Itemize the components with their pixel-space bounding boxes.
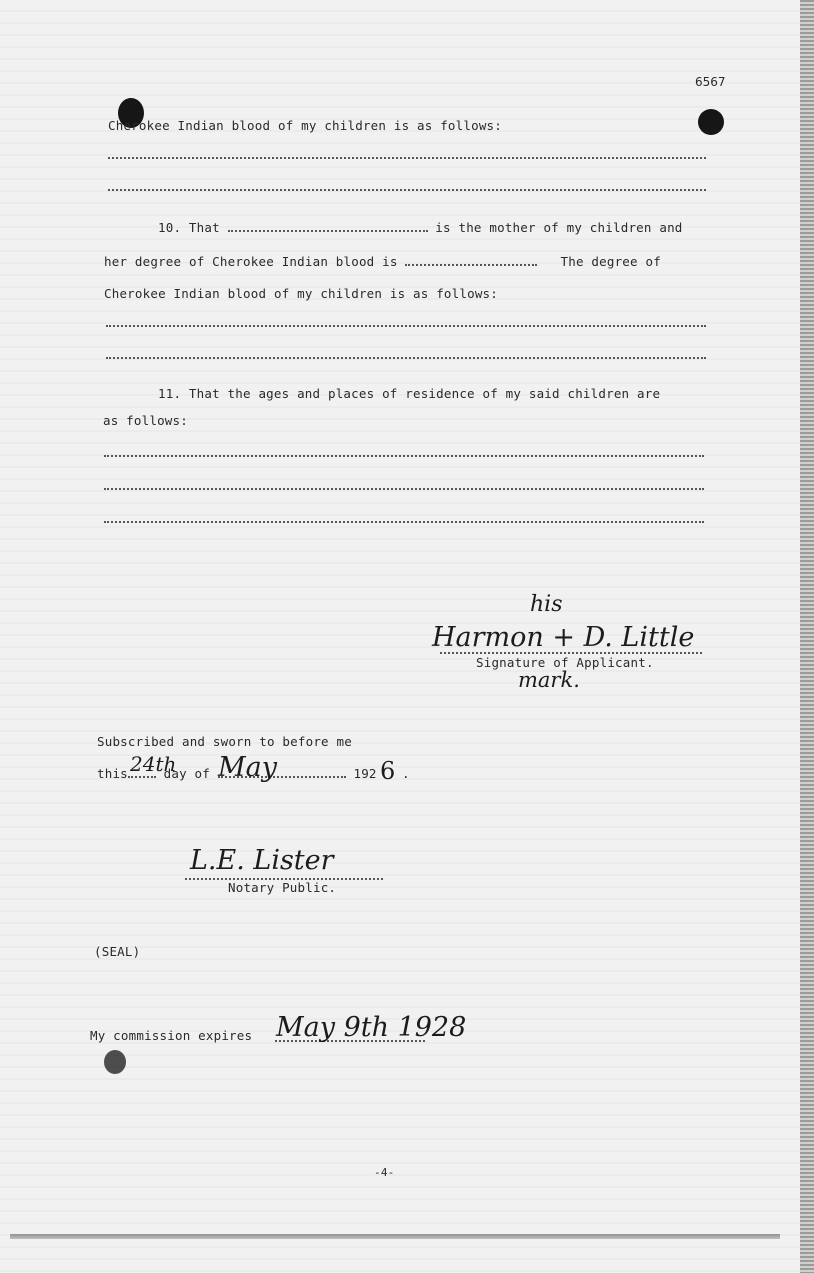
blank-line (106, 357, 706, 359)
blank-line (104, 488, 704, 490)
punch-hole-bottom-left (104, 1050, 126, 1074)
section-11-line-1: 11. That the ages and places of residenc… (158, 386, 660, 401)
scan-artifact-band (10, 1234, 780, 1239)
handwritten-month: May (218, 752, 277, 783)
page-number: -4- (374, 1166, 394, 1179)
mother-blood-degree-field (405, 254, 537, 266)
oath-line-1: Subscribed and sworn to before me (97, 734, 352, 749)
commission-expiry-date: May 9th 1928 (276, 1012, 466, 1043)
applicant-signature: Harmon + D. Little (432, 622, 694, 653)
seal-label: (SEAL) (94, 944, 140, 959)
section-9-continued-text: Cherokee Indian blood of my children is … (108, 118, 502, 133)
handwritten-his: his (530, 592, 563, 617)
handwritten-day: 24th (130, 752, 176, 776)
blank-line (104, 455, 704, 457)
section-10-that: That (189, 220, 220, 235)
section-10-line-2: her degree of Cherokee Indian blood is T… (104, 254, 661, 269)
section-11-line-2: as follows: (103, 413, 188, 428)
section-11-number: 11. (158, 386, 181, 401)
notary-public-label: Notary Public. (228, 880, 336, 895)
punch-hole-top-right (698, 109, 724, 135)
scan-edge (800, 0, 814, 1273)
document-page: 6567 Cherokee Indian blood of my childre… (0, 0, 800, 1273)
mother-name-field (228, 220, 428, 232)
handwritten-year-digit: 6 (380, 757, 395, 785)
blank-line (108, 157, 706, 159)
blank-line (106, 325, 706, 327)
section-10-line-1-suffix: is the mother of my children and (435, 220, 682, 235)
signature-line (440, 652, 702, 654)
form-number: 6567 (695, 75, 726, 89)
commission-label: My commission expires (90, 1028, 252, 1043)
handwritten-mark: mark. (518, 668, 580, 692)
oath-period: . (402, 766, 410, 781)
section-10-line-1: 10. That is the mother of my children an… (158, 220, 683, 235)
section-10-number: 10. (158, 220, 181, 235)
blank-line (108, 189, 706, 191)
section-10-line-3: Cherokee Indian blood of my children is … (104, 286, 498, 301)
notary-signature: L.E. Lister (190, 845, 334, 876)
blank-line (104, 521, 704, 523)
